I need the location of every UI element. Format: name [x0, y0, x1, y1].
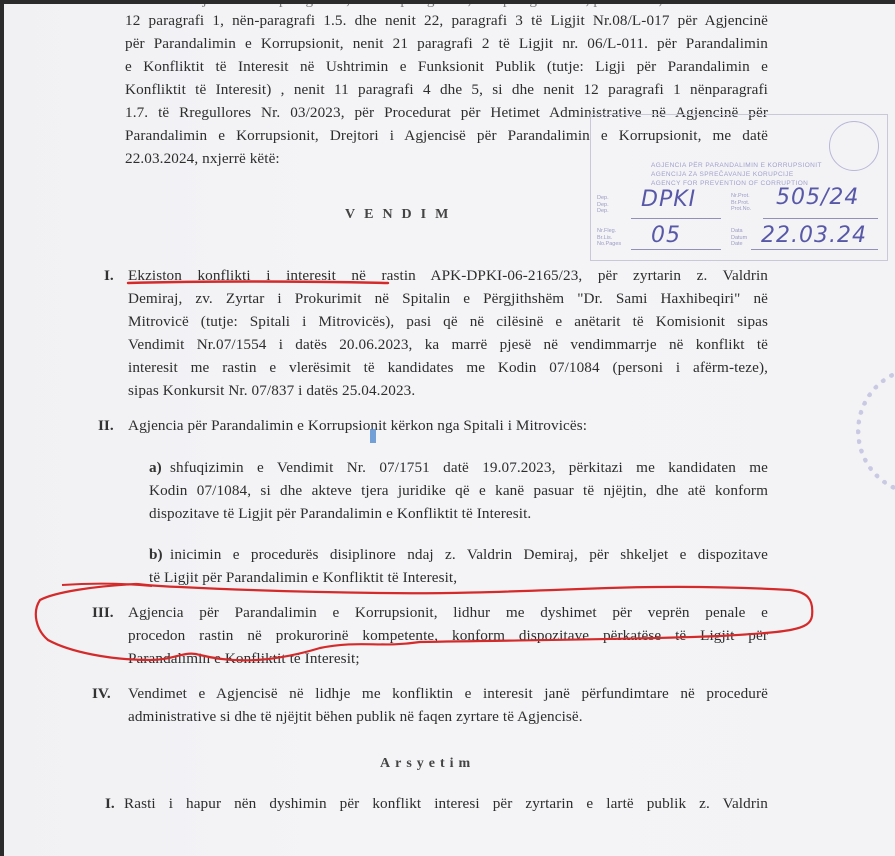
section-line: procedon rastin në prokurorinë kompetent… — [128, 627, 768, 645]
round-seal-icon — [856, 366, 895, 496]
stamp-label: No.Pages — [597, 241, 621, 248]
stamp-department-value: DPKI — [641, 187, 696, 212]
stamp-date-value: 22.03.24 — [761, 223, 867, 248]
section-line: Demiraj, zv. Zyrtar i Prokurimit në Spit… — [128, 290, 768, 308]
section-line: sipas Konkursit Nr. 07/837 i datës 25.04… — [128, 382, 415, 400]
section-numeral: III. — [92, 604, 114, 622]
stamp-protocol-value: 505/24 — [776, 185, 859, 210]
reasoning-title: Arsyetim — [380, 756, 475, 772]
stamp-label: Date — [731, 241, 747, 248]
subitem-line: Kodin 07/1084, si dhe akteve tjera jurid… — [149, 482, 768, 500]
text-cursor-highlight — [370, 429, 376, 443]
registration-stamp: AGJENCIA PËR PARANDALIMIN E KORRUPSIONIT… — [590, 114, 888, 261]
preamble-line: 12 paragrafi 1, nën-paragrafi 1.5. dhe n… — [125, 12, 768, 30]
stamp-pages-labels: Nr.Fleg. Br.Lis. No.Pages — [597, 228, 621, 248]
subitem-line: dispozitave të Ligjit për Parandalimin e… — [149, 505, 531, 523]
subitem-line: të Ligjit për Parandalimin e Konfliktit … — [149, 569, 457, 587]
stamp-label: Dep. — [597, 208, 609, 215]
preamble-line: për Parandalimin e Korrupsionit, nenit 2… — [125, 35, 768, 53]
preamble-line: e Konfliktit të Interesit në Ushtrimin e… — [125, 58, 768, 76]
stamp-pages-value: 05 — [651, 223, 681, 248]
preamble-line: Në mbështetje të nenit 7 paragrafi 1, ne… — [125, 4, 768, 9]
section-numeral: I. — [104, 267, 114, 285]
section-numeral: II. — [98, 417, 114, 435]
stamp-label: Nr.Prot. — [731, 193, 751, 200]
section-line: Mitrovicë (tutje: Spitali i Mitrovicës),… — [128, 313, 768, 331]
section-line: Vendimit Nr.07/1554 i datës 20.06.2023, … — [128, 336, 768, 354]
subitem-marker: b) — [149, 546, 163, 564]
section-line: Agjencia për Parandalimin e Korrupsionit… — [128, 604, 768, 622]
stamp-label: Prot.No. — [731, 206, 751, 213]
stamp-underline — [763, 218, 878, 219]
subitem-line: inicimin e procedurës disiplinore ndaj z… — [170, 546, 768, 564]
stamp-header-line: AGJENCIA PËR PARANDALIMIN E KORRUPSIONIT — [651, 161, 822, 170]
stamp-protocol-labels: Nr.Prot. Br.Prot. Prot.No. — [731, 193, 751, 213]
stamp-underline — [631, 249, 721, 250]
stamp-underline — [631, 218, 721, 219]
section-line: interesit me rastin e vlerësimit të kand… — [128, 359, 768, 377]
section-line: Ekziston konflikti i interesit në rastin… — [128, 267, 768, 285]
stamp-date-labels: Data Datum Date — [731, 228, 747, 248]
section-line: Parandalimin e Konfliktit të Interesit; — [128, 650, 360, 668]
stamp-department-labels: Dep. Dep. Dep. — [597, 195, 609, 215]
stamp-underline — [751, 249, 878, 250]
section-line: Agjencia për Parandalimin e Korrupsionit… — [128, 417, 587, 435]
stamp-label: Dep. — [597, 195, 609, 202]
preamble-line: 22.03.2024, nxjerrë këtë: — [125, 150, 280, 168]
preamble-line: Konfliktit të Interesit) , nenit 11 para… — [125, 81, 768, 99]
subitem-line: shfuqizimin e Vendimit Nr. 07/1751 datë … — [170, 459, 768, 477]
scanned-page: Në mbështetje të nenit 7 paragrafi 1, ne… — [4, 4, 895, 856]
subitem-marker: a) — [149, 459, 162, 477]
reasoning-numeral: I. — [105, 795, 115, 813]
decision-title: VENDIM — [345, 207, 457, 223]
reasoning-line: Rasti i hapur nën dyshimin për konflikt … — [124, 795, 768, 813]
stamp-header-line: AGENCIJA ZA SPREČAVANJE KORUPCIJE — [651, 170, 822, 179]
stamp-seal-icon — [829, 121, 879, 171]
section-line: administrative si dhe të njëjtit bëhen p… — [128, 708, 583, 726]
section-line: Vendimet e Agjencisë në lidhje me konfli… — [128, 685, 768, 703]
stamp-header: AGJENCIA PËR PARANDALIMIN E KORRUPSIONIT… — [651, 161, 822, 188]
section-numeral: IV. — [92, 685, 111, 703]
document-viewer: Në mbështetje të nenit 7 paragrafi 1, ne… — [0, 0, 895, 856]
